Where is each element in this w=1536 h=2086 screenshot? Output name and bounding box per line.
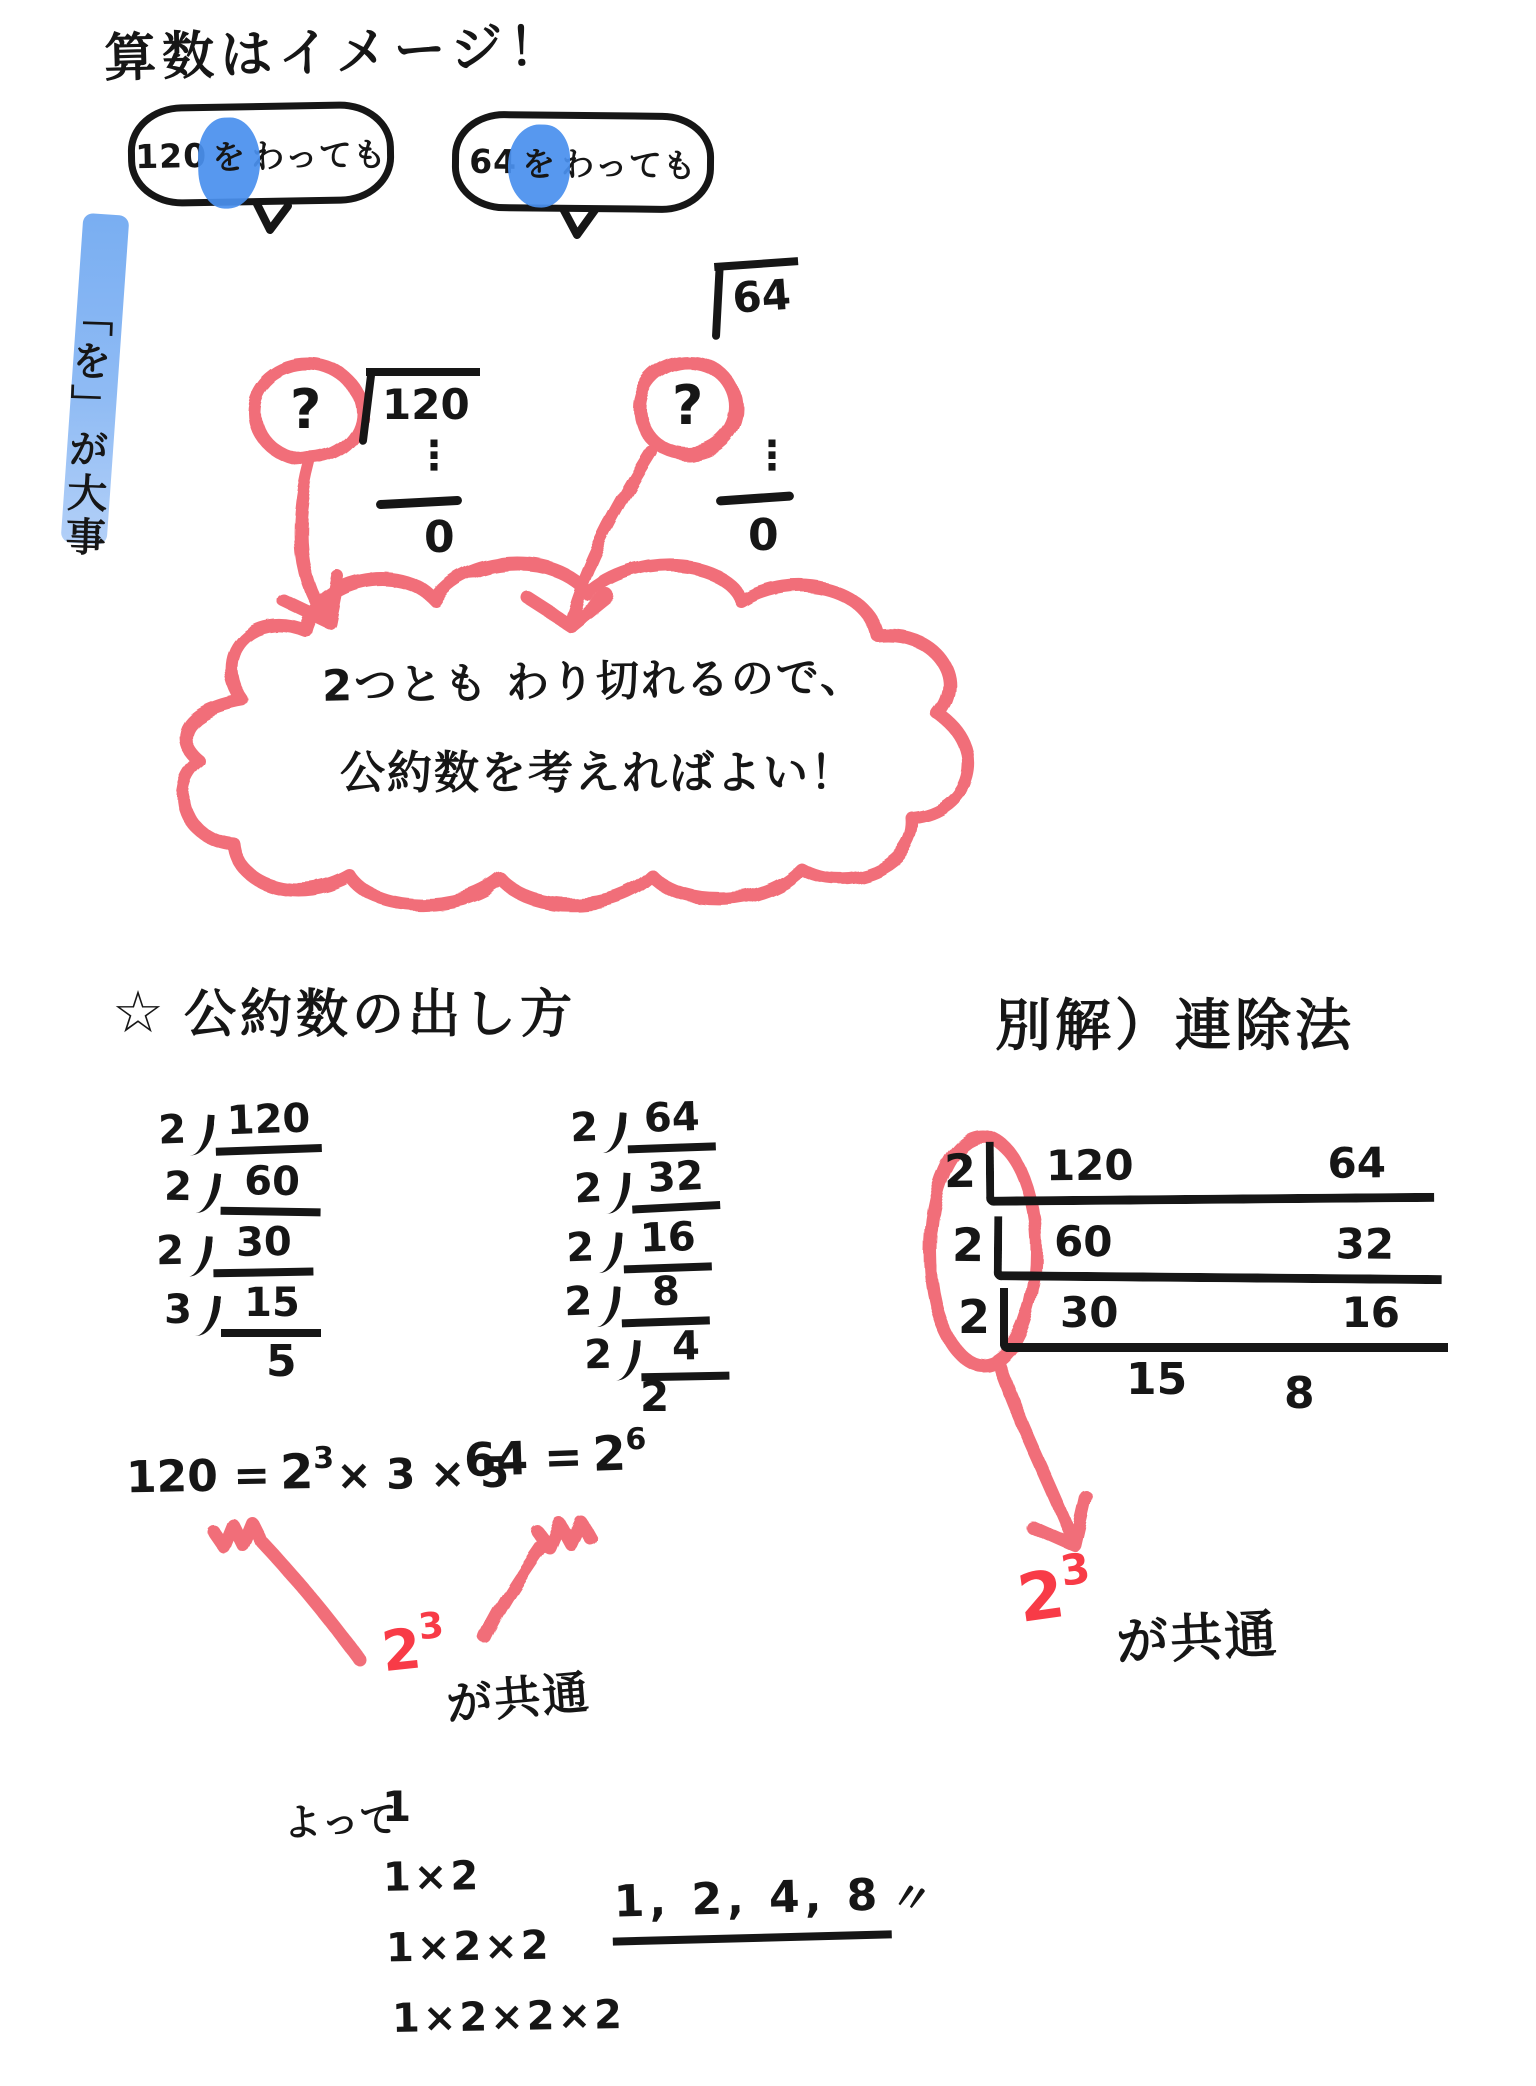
joint-divisor-2: 2 [952, 1218, 985, 1280]
bubble-120-rest: わっても [251, 128, 387, 177]
ladder120-divisor-1: 2 [149, 1107, 187, 1158]
ladder-paren-icon [194, 1294, 221, 1338]
ladder-paren-icon [595, 1285, 621, 1329]
common-power-center: 2 3 [379, 1619, 449, 1681]
ladder120-divisor-2: 2 [156, 1164, 193, 1215]
joint-result-a: 15 [1126, 1354, 1187, 1405]
factor120-base: 2 [280, 1444, 314, 1501]
star-icon: ☆ [112, 978, 168, 1046]
page-title: 算数はイメージ！ [103, 4, 567, 91]
conclusion-item: 1×2×2×2 [392, 1992, 626, 2042]
joint-ladder-row: 2 30 16 [958, 1288, 1448, 1352]
ladder64-row: 216 [557, 1213, 712, 1275]
ladder120-row: 260 [156, 1157, 322, 1217]
heading-common-divisors: ☆公約数の出し方 [112, 972, 576, 1047]
ladder64-value-3: 16 [622, 1213, 712, 1273]
conclusion-lead: よって [282, 1788, 398, 1847]
ladder64-divisor-5: 2 [576, 1332, 613, 1383]
joint-a-1: 120 [1046, 1140, 1134, 1190]
ladder64-row: 232 [565, 1152, 721, 1217]
quotient-question-left: ? [290, 378, 321, 441]
ladder64-divisor-4: 2 [555, 1278, 593, 1329]
joint-divisor-1: 2 [944, 1144, 977, 1206]
division-dots-right: ⋮ [752, 438, 792, 474]
division-line-right [716, 491, 794, 505]
ladder64-result: 2 [640, 1372, 669, 1421]
conclusion-item: 1×2×2 [386, 1923, 552, 1972]
ladder-paren-icon [186, 1235, 213, 1279]
factor120-lhs: 120 = [126, 1450, 271, 1504]
factor64-base: 2 [592, 1426, 627, 1483]
red-arrow-oval-icon [998, 1362, 1086, 1545]
ladder120-value-1: 120 [214, 1095, 321, 1156]
division-line-left [376, 496, 462, 509]
joint-values-1: 120 64 [986, 1138, 1435, 1206]
common-center-base: 2 [379, 1621, 424, 1681]
ladder120-divisor-3: 2 [148, 1228, 185, 1279]
ladder64-value-4: 8 [620, 1267, 710, 1327]
ladder120-divisor-4: 3 [156, 1287, 192, 1337]
joint-a-3: 30 [1060, 1288, 1118, 1337]
red-cloud-outline-icon [183, 563, 969, 905]
common-right-exponent: 3 [1057, 1543, 1093, 1596]
red-arrow-left-icon [283, 462, 338, 622]
red-squiggle-arrow-right-icon [486, 1522, 590, 1638]
common-right-label: が共通 [1114, 1592, 1280, 1675]
joint-values-2: 60 32 [994, 1216, 1443, 1284]
common-center-label: が共通 [443, 1656, 592, 1734]
joint-ladder-row: 2 120 64 [944, 1138, 1435, 1206]
ladder-paren-icon [189, 1113, 215, 1157]
factorization-120: 120 = 2 3 × 3 × 5 [126, 1441, 510, 1504]
common-power-right: 2 3 [1014, 1557, 1098, 1633]
heading-common-divisors-text: 公約数の出し方 [184, 985, 576, 1045]
answer-common-divisors: 1, 2, 4, 8 [611, 1869, 891, 1945]
ladder64-divisor-1: 2 [561, 1104, 599, 1155]
ladder64-value-2: 32 [630, 1152, 721, 1214]
ladder120-result: 5 [266, 1336, 297, 1387]
ladder120-value-2: 60 [221, 1158, 322, 1217]
ladder64-divisor-2: 2 [565, 1165, 604, 1217]
joint-result-b: 8 [1284, 1368, 1315, 1419]
factor120-exponent: 3 [313, 1441, 334, 1476]
cloud-text-line2: 公約数を考えればよい！ [340, 736, 857, 801]
ladder120-row: 230 [148, 1219, 314, 1279]
division-remainder-left: 0 [424, 512, 455, 563]
joint-a-2: 60 [1054, 1217, 1113, 1267]
division-bracket-120: 120 [366, 368, 480, 429]
red-squiggle-arrow-left-icon [212, 1522, 360, 1660]
side-note-wo-ga-daiji: 「を」が大事 [61, 295, 110, 560]
joint-b-2: 32 [1335, 1219, 1394, 1269]
ladder64-divisor-3: 2 [557, 1224, 595, 1275]
ladder-paren-icon [597, 1231, 623, 1275]
speech-bubble-120: 120をわっても [127, 101, 395, 208]
bubble-64-rest: わっても [561, 138, 697, 186]
quotient-question-right: ? [672, 374, 703, 437]
division-remainder-right: 0 [748, 510, 779, 561]
joint-b-3: 16 [1342, 1288, 1400, 1337]
ladder-paren-icon [614, 1339, 641, 1383]
division-dots-left: ⋮ [414, 438, 454, 474]
ladder120-row: 2120 [149, 1095, 321, 1158]
joint-divisor-3: 2 [958, 1290, 990, 1352]
bubble-120-number: 120 [135, 135, 208, 175]
common-center-exponent: 3 [417, 1605, 446, 1648]
ladder64-row: 28 [555, 1267, 710, 1329]
conclusion-item: 1×2 [383, 1853, 482, 1901]
heading-alternative-method: 別解）連除法 [995, 982, 1355, 1062]
division-bracket-64: 64 [714, 257, 803, 324]
joint-b-1: 64 [1327, 1138, 1386, 1188]
ladder120-value-4: 15 [221, 1280, 321, 1337]
bubble-64-particle-highlight: を [517, 138, 561, 185]
ladder64-row: 264 [561, 1093, 716, 1155]
factorization-64: 64 = 2 6 [463, 1425, 648, 1487]
ladder64-value-1: 64 [626, 1093, 716, 1153]
ladder-paren-icon [601, 1111, 627, 1155]
factor64-exponent: 6 [625, 1422, 647, 1458]
cloud-text-line1: 2つとも わり切れるので、 [322, 643, 866, 713]
conclusion-first: 1 [382, 1782, 411, 1831]
closing-tick-mark: 〃 [884, 1862, 939, 1930]
handwritten-math-note: 算数はイメージ！ 120をわっても 64をわっても 「を」が大事 ? 120 ⋮… [0, 0, 1536, 2086]
speech-bubble-64: 64をわっても [451, 111, 714, 214]
factor64-lhs: 64 = [463, 1429, 583, 1487]
ladder120-value-3: 30 [213, 1219, 314, 1278]
ladder-paren-icon [605, 1172, 630, 1215]
red-arrow-right-icon [528, 452, 651, 625]
ladder-paren-icon [193, 1171, 221, 1215]
joint-ladder-row: 2 60 32 [952, 1216, 1443, 1284]
ladder120-row: 315 [156, 1280, 321, 1337]
answer-wrap: 1, 2, 4, 8〃 [612, 1866, 933, 1942]
joint-values-3: 30 16 [1000, 1288, 1448, 1352]
bubble-120-particle-highlight: を [207, 131, 252, 179]
